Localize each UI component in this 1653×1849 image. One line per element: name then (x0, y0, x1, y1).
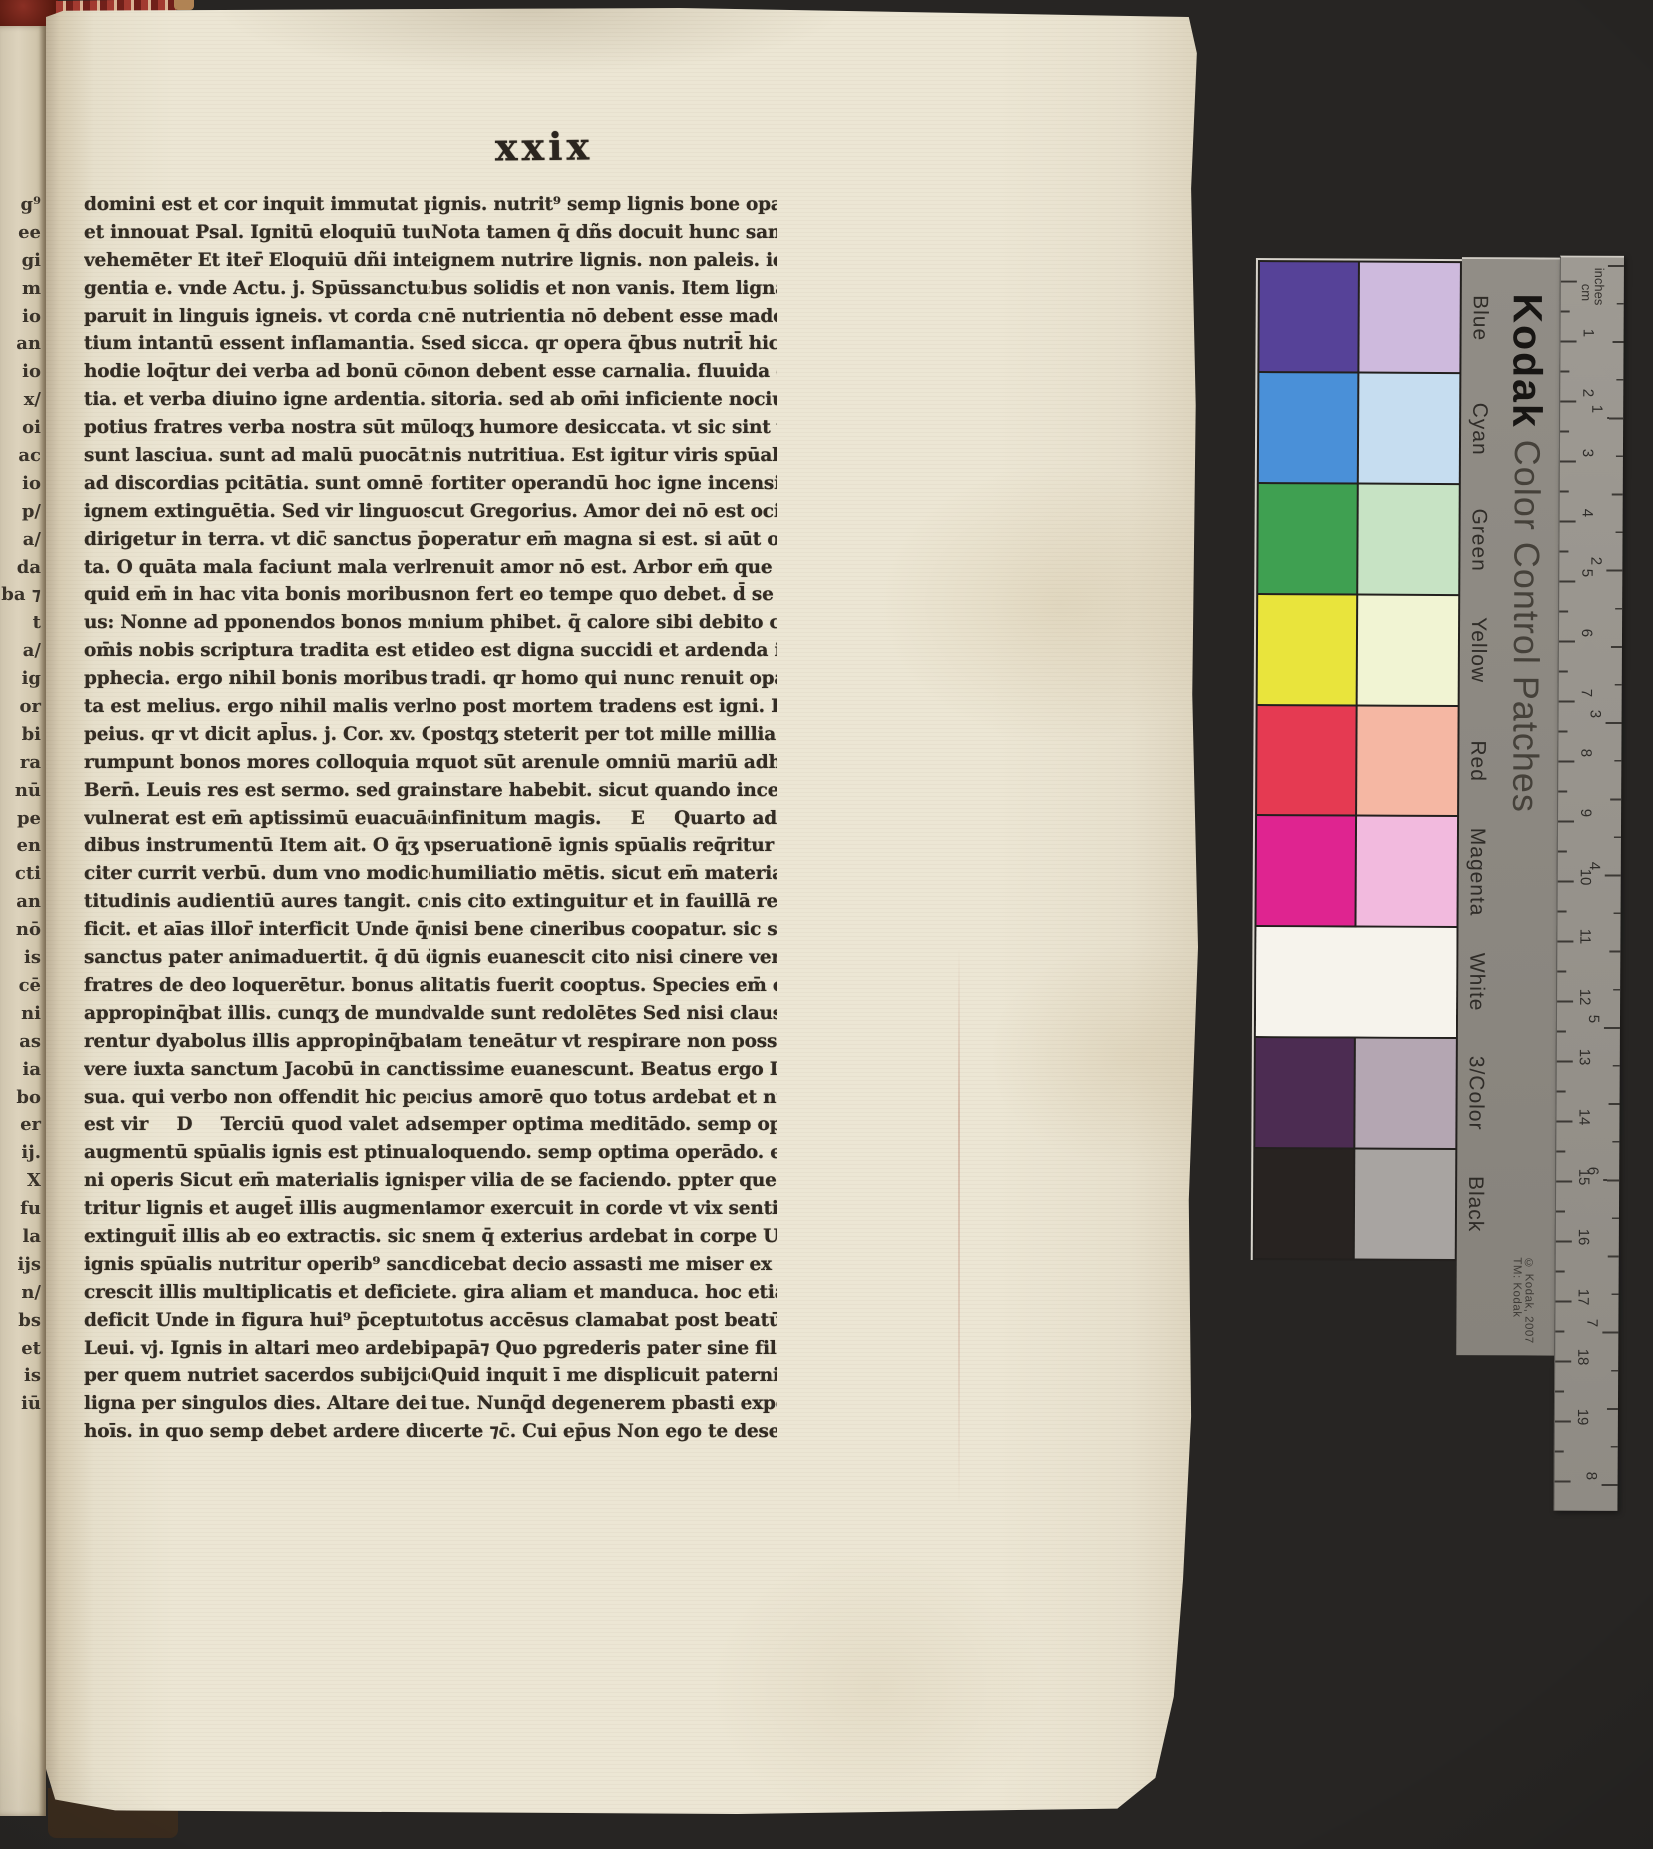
text-line: peius. qr vt dicit apl̄us. j. Cor. xv. C… (84, 721, 430, 749)
margin-fragment-line: ba ⁊ (0, 581, 46, 609)
text-line: tritur lignis et auget̄ illis augmentati… (84, 1195, 430, 1223)
margin-fragment-line: g⁹ (0, 191, 46, 219)
color-patch-strong (1256, 816, 1355, 925)
manuscript-page: xxix domini est et cor inquit immutat pu… (46, 8, 1198, 1814)
margin-fragment-line: er (0, 1111, 46, 1139)
cm-number: 16 (1575, 1229, 1592, 1246)
text-line: paruit in linguis igneis. vt corda crede… (84, 303, 430, 331)
text-line: quot sūt arenule omniū mariū adhuc tū (431, 749, 777, 777)
margin-fragment-line: an (0, 330, 46, 358)
inch-unit-label: inches (1592, 268, 1607, 306)
text-line: om̄is nobis scriptura tradita est et om̄… (84, 637, 430, 665)
text-line: nium phibet. q̄ calore sibi debito caret… (431, 609, 777, 637)
text-line: bus solidis et non vanis. Item ligna ig/ (431, 275, 777, 303)
inch-number: 3 (1587, 710, 1604, 718)
text-line: hoīs. in quo semp debet ardere diuin⁹ (84, 1418, 430, 1446)
kodak-wordmark: Kodak (1504, 293, 1551, 429)
cm-number: 3 (1579, 449, 1596, 457)
text-line: ad discordias pcitātia. sunt omnē diuinū (84, 470, 430, 498)
kodak-copyright: © Kodak, 2007 TM: Kodak (1510, 1257, 1535, 1355)
margin-fragment-line: bs (0, 1307, 46, 1335)
text-line: sua. qui verbo non offendit hic perfectu… (84, 1084, 430, 1112)
inch-number: 8 (1583, 1472, 1600, 1480)
inch-number: 1 (1588, 405, 1605, 413)
text-line: citer currit verbū. dum vno modico mul (84, 860, 430, 888)
kodak-color-control-card: Blue Cyan Green Yellow Red (1249, 254, 1624, 1511)
text-line: nis cito extinguitur et in fauillā resol… (431, 888, 777, 916)
inch-number: 5 (1585, 1014, 1602, 1022)
margin-fragment-line: is (0, 944, 46, 972)
text-line: pphecia. ergo nihil bonis moribus in vi (84, 665, 430, 693)
cm-number: 14 (1575, 1109, 1592, 1126)
text-line: domini est et cor inquit immutat purgat (84, 191, 430, 219)
card-label-strip: Blue Cyan Green Yellow Red (1456, 257, 1560, 1355)
margin-fragment-line: ac (0, 442, 46, 470)
text-line: humiliatio mētis. sicut em̄ materialis i… (431, 860, 777, 888)
text-line: ni operis Sicut em̄ materialis ignis nu (84, 1167, 430, 1195)
patch-row (1255, 1038, 1456, 1148)
cm-number: 9 (1577, 809, 1594, 817)
text-line: rentur dyabolus illis appropinq̄bat. Uñ (84, 1028, 430, 1056)
text-line: titudinis audientiū aures tangit. corda … (84, 888, 430, 916)
color-patch-light (1358, 484, 1459, 593)
patch-row-label: 3/Color (1457, 1038, 1556, 1149)
cm-number: 2 (1579, 389, 1596, 397)
margin-text-fragments: g⁹eegimioaniox/oiaciop/a/daba ⁊ta/igorbi… (0, 191, 46, 1418)
cm-number: 17 (1574, 1289, 1591, 1306)
text-line: renuit amor nō est. Arbor em̄ que fructū (431, 554, 777, 582)
text-line: ignis euanescit cito nisi cinere vere hu… (431, 944, 777, 972)
margin-fragment-line: bo (0, 1084, 46, 1112)
cm-number: 1 (1580, 329, 1597, 337)
text-line: loqʒ humore desiccata. vt sic sint veri … (431, 414, 777, 442)
inch-number: 6 (1584, 1167, 1601, 1175)
text-line: ignis. nutrit⁹ semp lignis bone opatōis (431, 191, 777, 219)
facing-page-edge: g⁹eegimioaniox/oiaciop/a/daba ⁊ta/igorbi… (0, 26, 46, 1816)
margin-fragment-line: an (0, 888, 46, 916)
text-line: Leui. vj. Ignis in altari meo ardebit sē (84, 1335, 430, 1363)
cm-number: 19 (1574, 1409, 1591, 1426)
color-patch-strong (1256, 927, 1355, 1036)
text-line: infinitum magis. E Quarto ad (431, 805, 777, 833)
margin-fragment-line: t (0, 609, 46, 637)
margin-fragment-line: a/ (0, 637, 46, 665)
margin-fragment-line: io (0, 470, 46, 498)
patch-row (1257, 706, 1458, 816)
cm-number: 13 (1576, 1049, 1593, 1066)
margin-fragment-line: ni (0, 1000, 46, 1028)
folio-number: xxix (444, 123, 644, 170)
text-line: operatur em̄ magna si est. si aūt operar… (431, 526, 777, 554)
margin-fragment-line: cti (0, 860, 46, 888)
cm-tick-marks (1554, 281, 1578, 1511)
margin-fragment-line: p/ (0, 498, 46, 526)
text-line: augmentū spūalis ignis est ptinuatio bo (84, 1139, 430, 1167)
text-line: sanctus pater animaduertit. q̄ dū q̄dā (84, 944, 430, 972)
text-line: am teneātur vt respirare non possint ci/ (431, 1028, 777, 1056)
text-line: est vir D Terciū quod valet ad (84, 1111, 430, 1139)
patch-row (1256, 927, 1457, 1037)
text-line: papā⁊ Quo pgrederis pater sine filio ⁊c̄ (431, 1335, 777, 1363)
cm-number: 8 (1577, 749, 1594, 757)
margin-fragment-line: nō (0, 916, 46, 944)
text-line: ignem nutrire lignis. non paleis. id ē o… (431, 247, 777, 275)
margin-fragment-line: x/ (0, 386, 46, 414)
margin-fragment-line: or (0, 693, 46, 721)
margin-fragment-line: oi (0, 414, 46, 442)
text-line: ta. O quāta mala faciunt mala verba. (84, 554, 430, 582)
text-line: Quid inquit ī me displicuit paternitati (431, 1362, 777, 1390)
text-line: vulnerat est em̄ aptissimū euacuādis cor (84, 805, 430, 833)
color-patch-light (1359, 373, 1460, 482)
text-line: te. gira aliam et manduca. hoc etiā igne (431, 1279, 777, 1307)
margin-fragment-line: a/ (0, 526, 46, 554)
text-line: ligna per singulos dies. Altare dei ē co… (84, 1390, 430, 1418)
margin-fragment-line: X (0, 1167, 46, 1195)
margin-fragment-line: da (0, 554, 46, 582)
cm-number: 18 (1574, 1349, 1591, 1366)
color-patch-strong (1259, 373, 1358, 482)
text-line: nem q̄ exterius ardebat in corpe Unde ⁊ (431, 1223, 777, 1251)
margin-fragment-line: ig (0, 665, 46, 693)
text-line: hodie loq̄tur dei verba ad bonū cōcitan (84, 358, 430, 386)
text-line: deficit Unde in figura hui⁹ p̄ceptum fui… (84, 1307, 430, 1335)
text-line: sed sicca. qr opera q̄bus nutrit̄ hic ig… (431, 330, 777, 358)
margin-fragment-line: ij. (0, 1139, 46, 1167)
text-line: fratres de deo loquerētur. bonus angel⁹ (84, 972, 430, 1000)
text-line: tia. et verba diuino igne ardentia. quin (84, 386, 430, 414)
text-line: tue. Nunq̄d degenerem pbasti experire (431, 1390, 777, 1418)
color-patch-strong (1259, 262, 1358, 371)
cm-number: 12 (1576, 989, 1593, 1006)
color-patch-light (1355, 1150, 1456, 1259)
margin-fragment-line: n/ (0, 1279, 46, 1307)
margin-fragment-line: m (0, 275, 46, 303)
kodak-brand-text: Kodak Color Control Patches (1501, 293, 1551, 813)
inch-tick-marks (1599, 265, 1624, 1511)
inch-number: 4 (1586, 862, 1603, 870)
text-line: us: Nonne ad pponendos bonos mores (84, 609, 430, 637)
text-line: ignis spūalis nutritur operib⁹ sanctis e… (84, 1251, 430, 1279)
text-line: non debent esse carnalia. fluuida et tra… (431, 358, 777, 386)
text-line: quid em̄ in hac vita bonis moribus meli (84, 581, 430, 609)
paper-crease-line (958, 948, 960, 1508)
text-line: cut Gregorius. Amor dei nō est ociosus (431, 498, 777, 526)
text-line: tradi. qr homo qui nunc renuit opari ete… (431, 665, 777, 693)
text-line: postqʒ steterit per tot mille millia ann… (431, 721, 777, 749)
patch-row-label: White (1458, 927, 1557, 1038)
margin-fragment-line: as (0, 1028, 46, 1056)
color-patch-strong (1257, 706, 1356, 815)
text-line: ideo est digna succidi et ardenda ignib⁹ (431, 637, 777, 665)
text-line: extinguit̄ illis ab eo extractis. sic su… (84, 1223, 430, 1251)
margin-fragment-line: io (0, 303, 46, 331)
patch-row (1258, 595, 1459, 705)
color-patch-light (1359, 263, 1460, 372)
text-line: amor exercuit in corde vt vix sentiret i… (431, 1195, 777, 1223)
text-line: Bern̄. Leuis res est sermo. sed grauiter (84, 777, 430, 805)
text-line: totus accēsus clamabat post beatū sixtū (431, 1307, 777, 1335)
kodak-product-name: Color Control Patches (1505, 429, 1548, 813)
margin-fragment-line: ee (0, 219, 46, 247)
margin-fragment-line: gi (0, 247, 46, 275)
text-line: litatis fuerit cooptus. Species em̄ cert… (431, 972, 777, 1000)
cm-number: 11 (1576, 929, 1593, 945)
patch-row (1259, 262, 1460, 372)
color-patch-light (1355, 1039, 1456, 1148)
patch-row (1256, 816, 1457, 926)
color-patch-light (1356, 817, 1457, 926)
text-line: nē nutrientia nō debent esse madefacta (431, 303, 777, 331)
color-patch-strong (1255, 1038, 1354, 1147)
text-line: vehemēter Et iter̄ Eloquiū dñi intelli/ (84, 247, 430, 275)
text-line: nis nutritiua. Est igitur viris spūalibu… (431, 442, 777, 470)
margin-fragment-line: pe (0, 805, 46, 833)
text-line: cius amorē quo totus ardebat et nutriuit (431, 1084, 777, 1112)
text-line: vere iuxta sanctum Jacobū in canonica (84, 1056, 430, 1084)
text-line: ta est melius. ergo nihil malis verbis e… (84, 693, 430, 721)
margin-fragment-line: io (0, 358, 46, 386)
text-line: non fert eo tempe quo debet. d̄ se testi… (431, 581, 777, 609)
patch-row (1258, 484, 1459, 594)
text-line: dibus instrumentū Item ait. O q̄ʒ velo (84, 832, 430, 860)
text-line: ficit. et aīas illor̄ interficit Unde q̄… (84, 916, 430, 944)
ruler: cm inches 12345678910111213141516171819 … (1553, 256, 1624, 1511)
margin-fragment-line: ijs (0, 1251, 46, 1279)
cm-number: 7 (1578, 689, 1595, 697)
margin-fragment-line: is (0, 1362, 46, 1390)
margin-fragment-line: nū (0, 777, 46, 805)
text-line: pseruationē ignis spūalis req̄ritur vera (431, 832, 777, 860)
text-line: potius fratres verba nostra sūt mūdana (84, 414, 430, 442)
text-line: loquendo. semp optima operādo. et sem (431, 1139, 777, 1167)
color-patch-strong (1255, 1149, 1354, 1258)
margin-fragment-line: fu (0, 1195, 46, 1223)
cm-number: 6 (1578, 629, 1595, 637)
color-patch-light (1357, 706, 1458, 815)
text-line: ignem extinguētia. Sed vir linguosus nō (84, 498, 430, 526)
text-line: dirigetur in terra. vt dic̄ sanctus p̄ph… (84, 526, 430, 554)
margin-fragment-line: ra (0, 749, 46, 777)
text-line: semper optima meditādo. semp optima (431, 1111, 777, 1139)
text-line: gentia e. vnde Actu. j. Spūssanctus ap (84, 275, 430, 303)
color-patch-strong (1258, 595, 1357, 704)
margin-fragment-line: en (0, 832, 46, 860)
margin-fragment-line: ia (0, 1056, 46, 1084)
color-patch-light (1358, 595, 1459, 704)
text-line: rumpunt bonos mores colloquia mala/ (84, 749, 430, 777)
patch-row-label: Black (1457, 1148, 1556, 1259)
cm-number: 5 (1578, 569, 1595, 577)
book-headband-tail (174, 0, 194, 10)
photographed-book-page: g⁹eegimioaniox/oiaciop/a/daba ⁊ta/igorbi… (0, 0, 1653, 1849)
margin-fragment-line: iū (0, 1390, 46, 1418)
margin-fragment-line: la (0, 1223, 46, 1251)
cm-number: 10 (1577, 869, 1594, 886)
patch-row (1255, 1149, 1456, 1259)
text-line: sunt lasciua. sunt ad malū puocātia. sūt (84, 442, 430, 470)
text-line: tissime euanescunt. Beatus ergo Laurē (431, 1056, 777, 1084)
patch-row (1259, 373, 1460, 483)
color-patch-grid (1251, 258, 1462, 1261)
text-line: crescit illis multiplicatis et deficient… (84, 1279, 430, 1307)
text-line: Nota tamen q̄ dñs docuit hunc sanctū (431, 219, 777, 247)
text-line: per quem nutriet sacerdos subijciens ill… (84, 1362, 430, 1390)
text-line: tium intantū essent inflamantia. Sed qs (84, 330, 430, 358)
text-line: no post mortem tradens est igni. In quo (431, 693, 777, 721)
text-line: nisi bene cineribus coopatur. sic spūali… (431, 916, 777, 944)
text-column-left: domini est et cor inquit immutat purgate… (84, 191, 430, 1446)
text-column-right: ignis. nutrit⁹ semp lignis bone opatōisN… (431, 191, 777, 1446)
text-line: certe ⁊c̄. Cui ep̄us Non ego te desero f… (431, 1418, 777, 1446)
margin-fragment-line: et (0, 1335, 46, 1363)
text-line: per vilia de se faciendo. ppter que in t… (431, 1167, 777, 1195)
cm-number: 4 (1579, 509, 1596, 517)
color-patch-strong (1258, 484, 1357, 593)
text-line: et innouat Psal. Ignitū eloquiū tuum (84, 219, 430, 247)
margin-fragment-line: cē (0, 972, 46, 1000)
text-line: valde sunt redolētes Sed nisi clause eti (431, 1000, 777, 1028)
patch-row-label: Magenta (1458, 816, 1557, 927)
color-patch-light (1356, 928, 1457, 1037)
text-line: sitoria. sed ab om̄i inficiente nociuo m… (431, 386, 777, 414)
text-line: dicebat decio assasti me miser ex vna p/ (431, 1251, 777, 1279)
inch-number: 7 (1583, 1319, 1600, 1327)
text-line: instare habebit. sicut quando incepit ⁊ … (431, 777, 777, 805)
margin-fragment-line: bi (0, 721, 46, 749)
inch-number: 2 (1587, 557, 1604, 565)
text-line: appropinq̄bat illis. cunqʒ de mundo loq̄ (84, 1000, 430, 1028)
text-line: fortiter operandū hoc igne incensis. qr … (431, 470, 777, 498)
